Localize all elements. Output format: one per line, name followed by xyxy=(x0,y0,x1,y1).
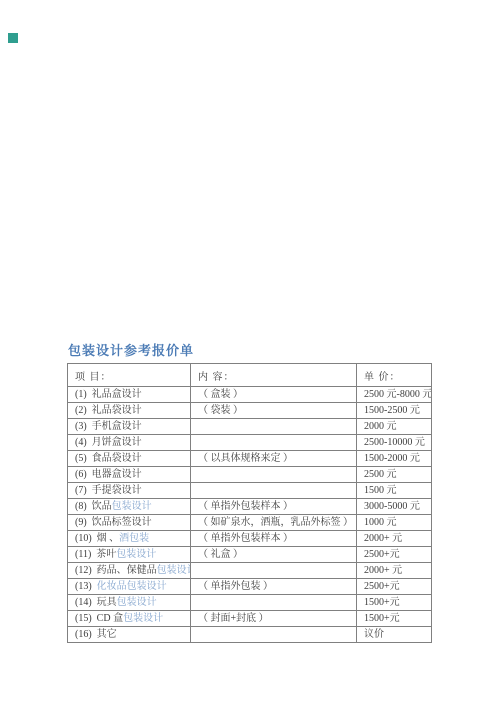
item-number: (7) xyxy=(75,485,87,496)
header-row: 项 目： 内 容： 单 价： xyxy=(68,364,432,387)
table-row: (7)手提袋设计 1500 元 xyxy=(68,483,432,499)
content-cell: （ 封面+封底 ） xyxy=(191,611,357,627)
item-text: 烟 、 xyxy=(97,533,120,544)
content-cell: （ 单指外包装样本 ） xyxy=(191,499,357,515)
item-number: (1) xyxy=(75,389,87,400)
item-text: 饮品标签设计 xyxy=(92,517,152,528)
item-text: 月饼盒设计 xyxy=(92,437,142,448)
item-number: (4) xyxy=(75,437,87,448)
item-text: 药品、保健品 xyxy=(97,565,157,576)
table-row: (14)玩具包装设计 1500+元 xyxy=(68,595,432,611)
item-cell: (1)礼品盒设计 xyxy=(68,387,191,403)
content-cell: （ 袋装 ） xyxy=(191,403,357,419)
price-cell: 1500-2500 元 xyxy=(357,403,432,419)
content-cell xyxy=(191,563,357,579)
item-number: (8) xyxy=(75,501,87,512)
table-row: (9)饮品标签设计 （ 如矿泉水，酒瓶，乳品外标签 ） 1000 元 xyxy=(68,515,432,531)
item-link[interactable]: 包装设计 xyxy=(157,565,191,576)
price-cell: 2000+ 元 xyxy=(357,531,432,547)
price-cell: 2500-10000 元 xyxy=(357,435,432,451)
content-cell xyxy=(191,419,357,435)
column-header-price: 单 价： xyxy=(357,364,432,387)
item-text: 其它 xyxy=(97,629,117,640)
item-cell: (9)饮品标签设计 xyxy=(68,515,191,531)
item-cell: (10)烟 、酒包装 xyxy=(68,531,191,547)
item-cell: (4)月饼盒设计 xyxy=(68,435,191,451)
quotation-table: 项 目： 内 容： 单 价： (1)礼品盒设计 （ 盒装 ） 2500 元-80… xyxy=(67,363,432,643)
item-text: 手提袋设计 xyxy=(92,485,142,496)
item-link[interactable]: 酒包装 xyxy=(119,533,149,544)
item-cell: (13)化妆品包装设计 xyxy=(68,579,191,595)
content-cell: （ 礼盒 ） xyxy=(191,547,357,563)
table-row: (1)礼品盒设计 （ 盒装 ） 2500 元-8000 元 xyxy=(68,387,432,403)
price-cell: 2000+ 元 xyxy=(357,563,432,579)
table-row: (10)烟 、酒包装 （ 单指外包装样本 ） 2000+ 元 xyxy=(68,531,432,547)
item-cell: (3)手机盒设计 xyxy=(68,419,191,435)
item-text: 礼品袋设计 xyxy=(92,405,142,416)
item-cell: (15)CD 盒包装设计 xyxy=(68,611,191,627)
item-number: (15) xyxy=(75,613,92,624)
price-cell: 1500-2000 元 xyxy=(357,451,432,467)
price-cell: 议价 xyxy=(357,627,432,643)
item-cell: (8)饮品包装设计 xyxy=(68,499,191,515)
item-text: 电器盒设计 xyxy=(92,469,142,480)
item-link[interactable]: 包装设计 xyxy=(112,501,152,512)
item-number: (6) xyxy=(75,469,87,480)
price-cell: 2500+元 xyxy=(357,579,432,595)
corner-mark xyxy=(8,33,18,43)
price-cell: 2500 元 xyxy=(357,467,432,483)
item-number: (10) xyxy=(75,533,92,544)
content-cell: （ 如矿泉水，酒瓶，乳品外标签 ） xyxy=(191,515,357,531)
content-cell: （ 单指外包装 ） xyxy=(191,579,357,595)
item-text: 茶叶 xyxy=(96,549,116,560)
column-header-item: 项 目： xyxy=(68,364,191,387)
price-cell: 2500 元-8000 元 xyxy=(357,387,432,403)
content-cell xyxy=(191,627,357,643)
item-link[interactable]: 包装设计 xyxy=(123,613,163,624)
item-text: 礼品盒设计 xyxy=(92,389,142,400)
content-cell xyxy=(191,435,357,451)
table-row: (12)药品、保健品包装设计 2000+ 元 xyxy=(68,563,432,579)
table-row: (3)手机盒设计 2000 元 xyxy=(68,419,432,435)
item-cell: (11)茶叶包装设计 xyxy=(68,547,191,563)
table-row: (6)电器盒设计 2500 元 xyxy=(68,467,432,483)
document-page: 包装设计参考报价单 项 目： 内 容： 单 价： (1)礼品盒设计 （ 盒装 ）… xyxy=(0,0,500,708)
item-number: (12) xyxy=(75,565,92,576)
content-cell: （ 盒装 ） xyxy=(191,387,357,403)
content-cell xyxy=(191,483,357,499)
price-cell: 1000 元 xyxy=(357,515,432,531)
item-cell: (6)电器盒设计 xyxy=(68,467,191,483)
item-cell: (12)药品、保健品包装设计 xyxy=(68,563,191,579)
page-title: 包装设计参考报价单 xyxy=(68,340,194,359)
item-cell: (14)玩具包装设计 xyxy=(68,595,191,611)
table-row: (8)饮品包装设计 （ 单指外包装样本 ） 3000-5000 元 xyxy=(68,499,432,515)
item-link[interactable]: 包装设计 xyxy=(116,549,156,560)
item-cell: (2)礼品袋设计 xyxy=(68,403,191,419)
table-row: (13)化妆品包装设计 （ 单指外包装 ） 2500+元 xyxy=(68,579,432,595)
table-row: (5)食品袋设计 （ 以具体规格来定 ） 1500-2000 元 xyxy=(68,451,432,467)
table-row: (2)礼品袋设计 （ 袋装 ） 1500-2500 元 xyxy=(68,403,432,419)
item-number: (11) xyxy=(75,549,91,560)
content-cell xyxy=(191,467,357,483)
item-number: (9) xyxy=(75,517,87,528)
item-text: 手机盒设计 xyxy=(92,421,142,432)
content-cell xyxy=(191,595,357,611)
price-cell: 1500 元 xyxy=(357,483,432,499)
item-number: (2) xyxy=(75,405,87,416)
item-number: (5) xyxy=(75,453,87,464)
item-cell: (7)手提袋设计 xyxy=(68,483,191,499)
table-row: (15)CD 盒包装设计 （ 封面+封底 ） 1500+元 xyxy=(68,611,432,627)
item-cell: (16)其它 xyxy=(68,627,191,643)
price-cell: 3000-5000 元 xyxy=(357,499,432,515)
table-row: (11)茶叶包装设计 （ 礼盒 ） 2500+元 xyxy=(68,547,432,563)
item-link[interactable]: 包装设计 xyxy=(117,597,157,608)
price-cell: 2500+元 xyxy=(357,547,432,563)
table-row: (4)月饼盒设计 2500-10000 元 xyxy=(68,435,432,451)
price-cell: 1500+元 xyxy=(357,595,432,611)
price-cell: 2000 元 xyxy=(357,419,432,435)
price-cell: 1500+元 xyxy=(357,611,432,627)
column-header-content: 内 容： xyxy=(191,364,357,387)
table-row: (16)其它 议价 xyxy=(68,627,432,643)
content-cell: （ 单指外包装样本 ） xyxy=(191,531,357,547)
item-number: (13) xyxy=(75,581,92,592)
item-text: 饮品 xyxy=(92,501,112,512)
item-number: (16) xyxy=(75,629,92,640)
item-text: 玩具 xyxy=(97,597,117,608)
item-number: (14) xyxy=(75,597,92,608)
item-text: CD 盒 xyxy=(97,613,123,624)
item-cell: (5)食品袋设计 xyxy=(68,451,191,467)
item-text: 食品袋设计 xyxy=(92,453,142,464)
item-number: (3) xyxy=(75,421,87,432)
item-link[interactable]: 化妆品包装设计 xyxy=(97,581,167,592)
content-cell: （ 以具体规格来定 ） xyxy=(191,451,357,467)
